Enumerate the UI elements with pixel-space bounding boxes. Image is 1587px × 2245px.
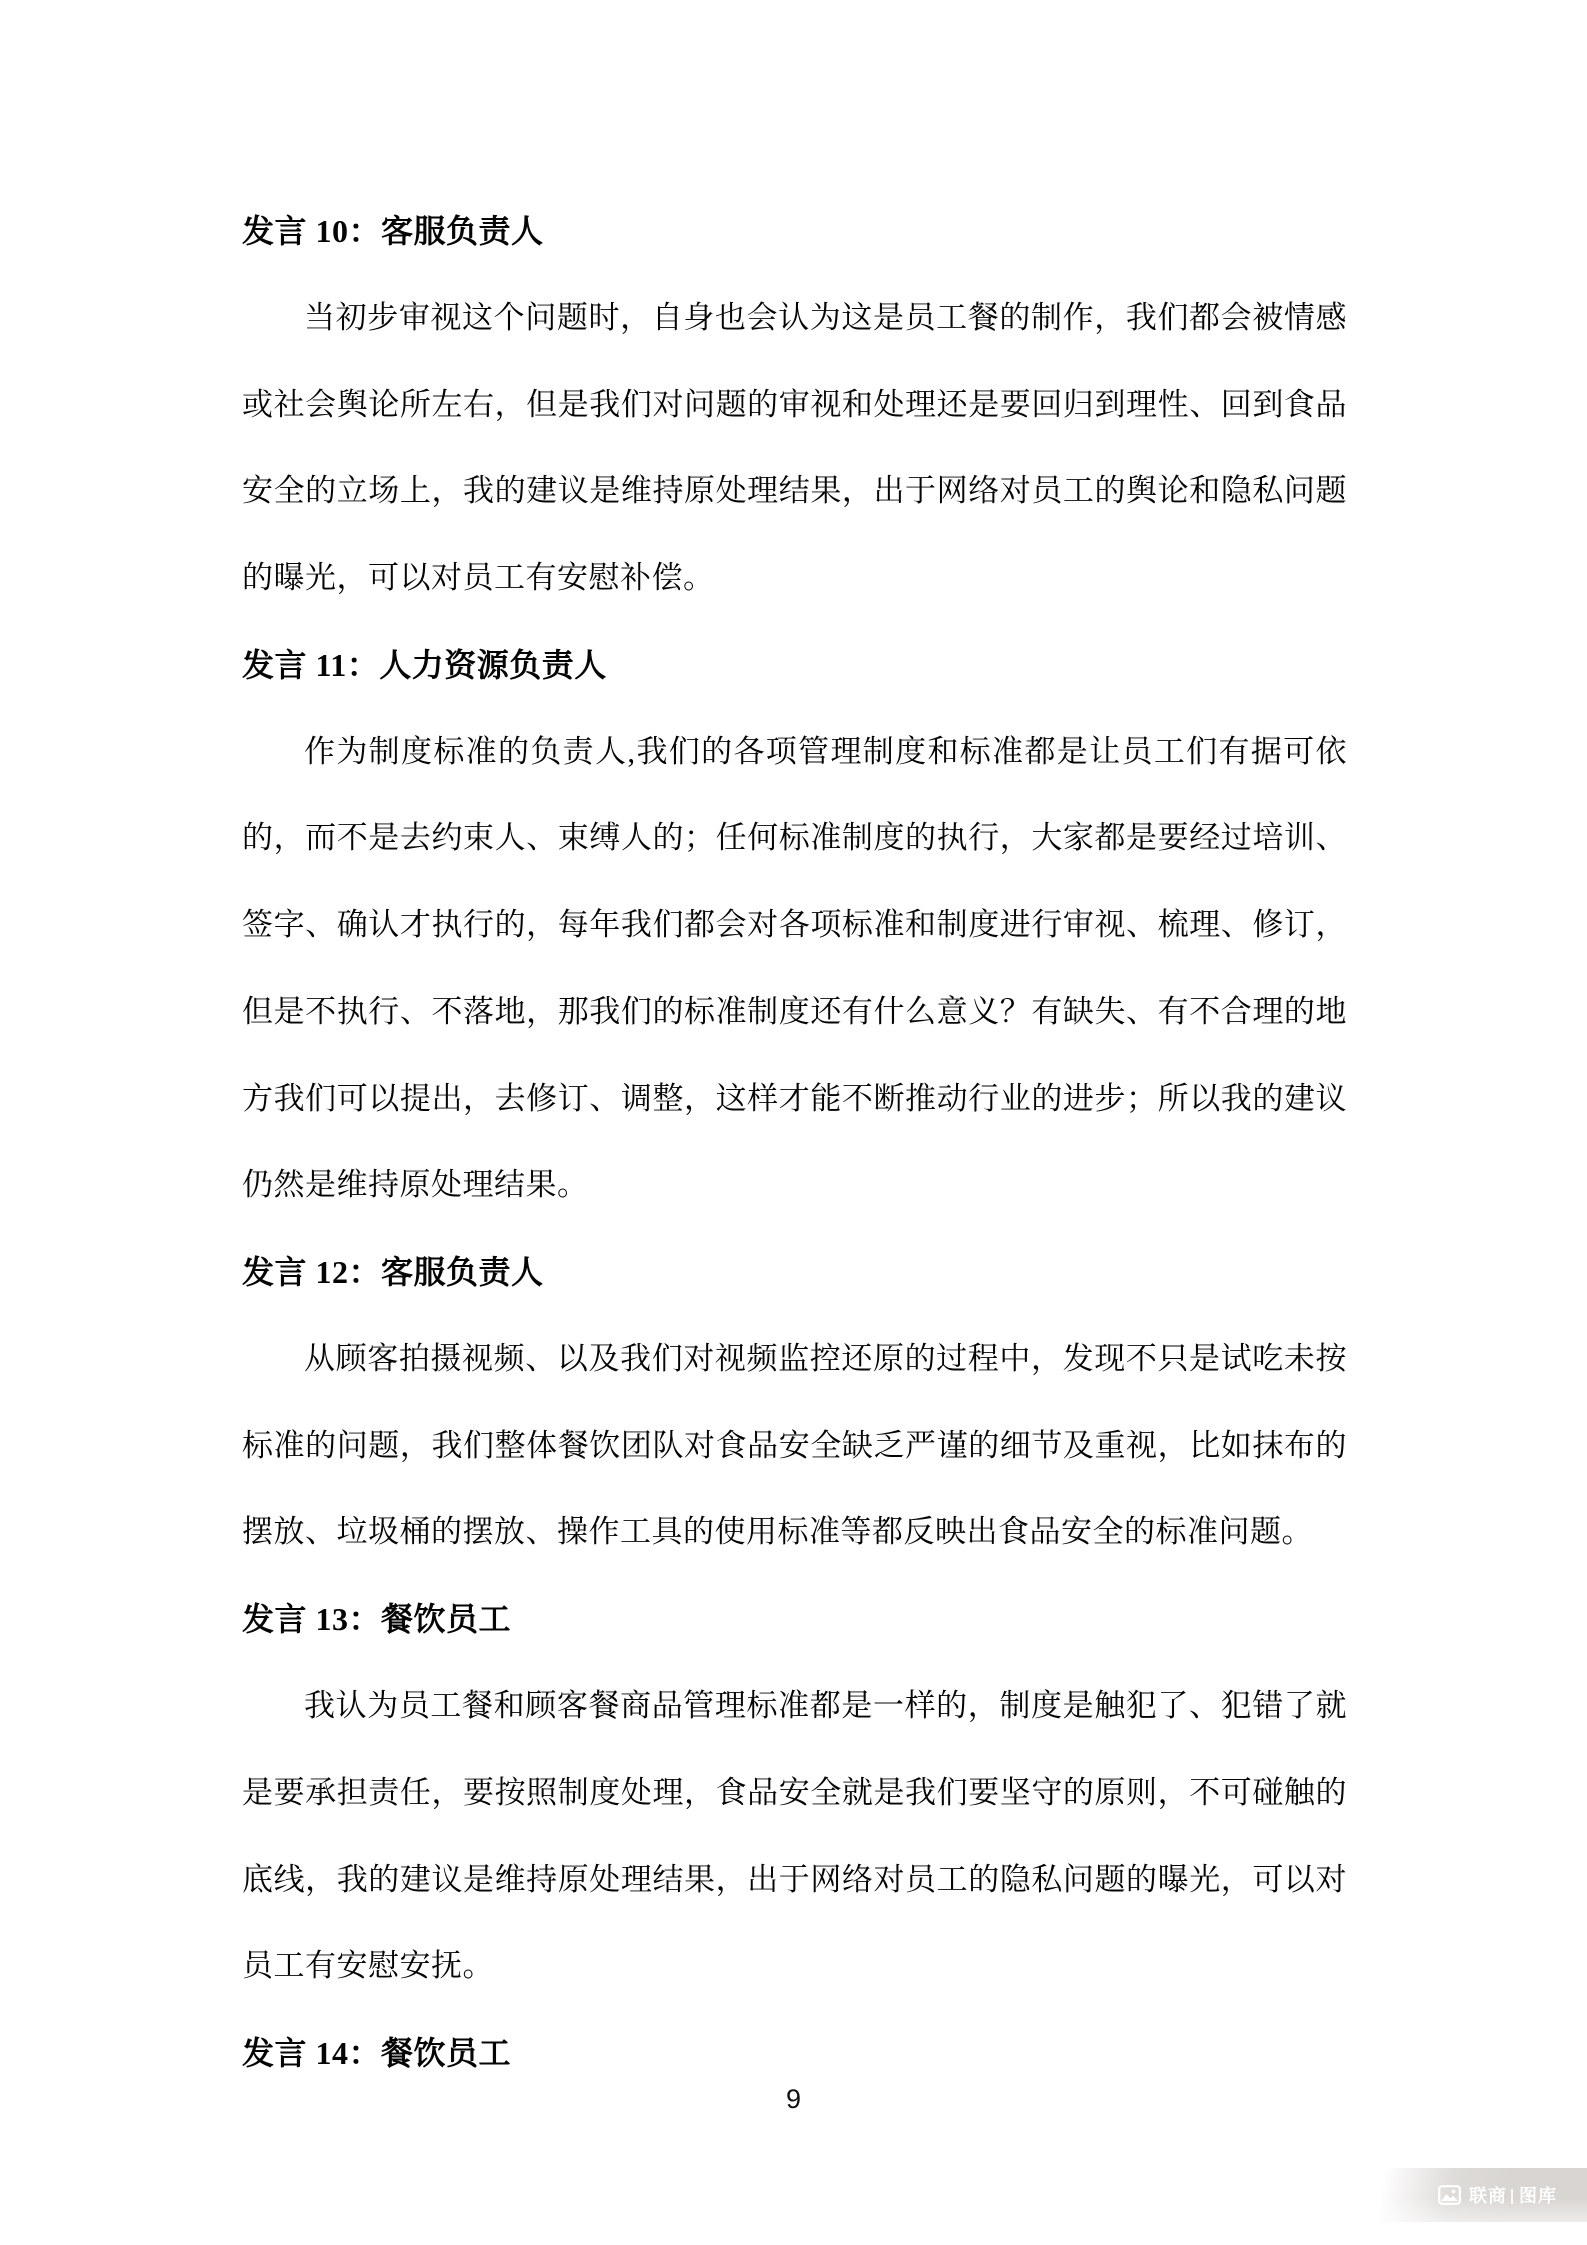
paragraph-line: 方我们可以提出，去修订、调整，这样才能不断推动行业的进步；所以我的建议 bbox=[242, 1056, 1347, 1143]
section-heading: 发言 11：人力资源负责人 bbox=[242, 622, 1347, 709]
watermark: 联商图库 bbox=[1380, 2168, 1587, 2222]
paragraph-line: 的，而不是去约束人、束缚人的；任何标准制度的执行，大家都是要经过培训、 bbox=[242, 795, 1347, 882]
watermark-divider-icon bbox=[1511, 2189, 1513, 2204]
paragraph-line: 是要承担责任，要按照制度处理，食品安全就是我们要坚守的原则，不可碰触的 bbox=[242, 1750, 1347, 1837]
watermark-brand-left: 联商 bbox=[1469, 2186, 1507, 2206]
paragraph-line: 当初步审视这个问题时，自身也会认为这是员工餐的制作，我们都会被情感 bbox=[242, 275, 1347, 362]
document-page: 发言 10：客服负责人当初步审视这个问题时，自身也会认为这是员工餐的制作，我们都… bbox=[0, 0, 1587, 2245]
paragraph-line: 或社会舆论所左右，但是我们对问题的审视和处理还是要回归到理性、回到食品 bbox=[242, 362, 1347, 449]
page-number: 9 bbox=[0, 2084, 1587, 2115]
section-heading: 发言 12：客服负责人 bbox=[242, 1229, 1347, 1316]
paragraph-line: 摆放、垃圾桶的摆放、操作工具的使用标准等都反映出食品安全的标准问题。 bbox=[242, 1489, 1347, 1576]
paragraph-line: 标准的问题，我们整体餐饮团队对食品安全缺乏严谨的细节及重视，比如抹布的 bbox=[242, 1403, 1347, 1490]
watermark-brand-right: 图库 bbox=[1519, 2186, 1557, 2206]
paragraph-line: 底线，我的建议是维持原处理结果，出于网络对员工的隐私问题的曝光，可以对 bbox=[242, 1837, 1347, 1924]
watermark-text: 联商图库 bbox=[1469, 2182, 1557, 2208]
paragraph-line: 但是不执行、不落地，那我们的标准制度还有什么意义？有缺失、有不合理的地 bbox=[242, 969, 1347, 1056]
document-body: 发言 10：客服负责人当初步审视这个问题时，自身也会认为这是员工餐的制作，我们都… bbox=[242, 188, 1347, 2097]
paragraph-line: 安全的立场上，我的建议是维持原处理结果，出于网络对员工的舆论和隐私问题 bbox=[242, 448, 1347, 535]
section-heading: 发言 10：客服负责人 bbox=[242, 188, 1347, 275]
paragraph-line: 员工有安慰安抚。 bbox=[242, 1923, 1347, 2010]
section-heading: 发言 13：餐饮员工 bbox=[242, 1576, 1347, 1663]
paragraph-line: 作为制度标准的负责人,我们的各项管理制度和标准都是让员工们有据可依 bbox=[242, 709, 1347, 796]
paragraph-line: 我认为员工餐和顾客餐商品管理标准都是一样的，制度是触犯了、犯错了就 bbox=[242, 1663, 1347, 1750]
paragraph-line: 的曝光，可以对员工有安慰补偿。 bbox=[242, 535, 1347, 622]
paragraph-line: 签字、确认才执行的，每年我们都会对各项标准和制度进行审视、梳理、修订， bbox=[242, 882, 1347, 969]
paragraph-line: 从顾客拍摄视频、以及我们对视频监控还原的过程中，发现不只是试吃未按 bbox=[242, 1316, 1347, 1403]
paragraph-line: 仍然是维持原处理结果。 bbox=[242, 1142, 1347, 1229]
image-icon bbox=[1438, 2185, 1461, 2205]
